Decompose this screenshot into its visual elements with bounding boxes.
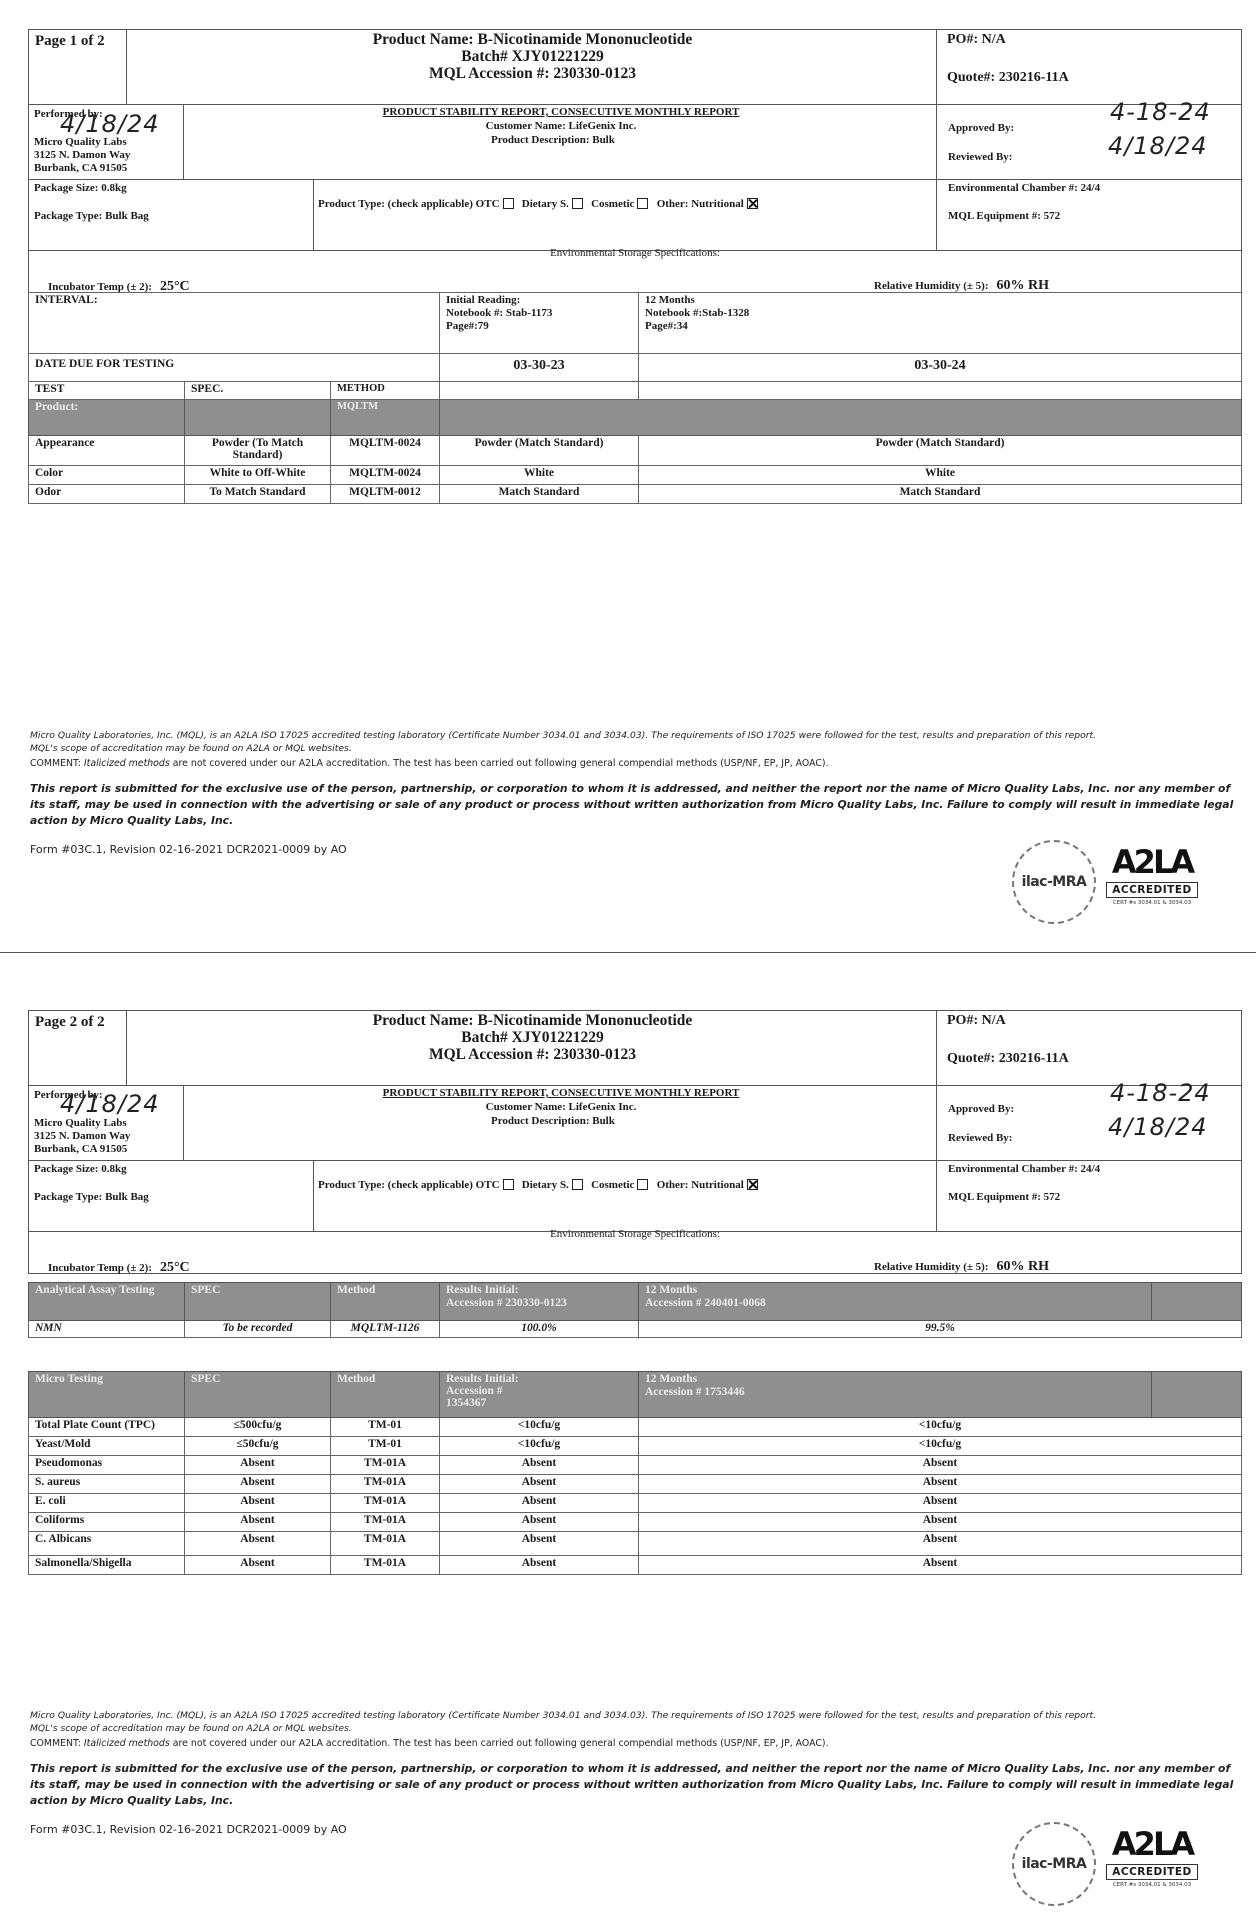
incubator-temp: Incubator Temp (± 2): 25°C xyxy=(48,1258,190,1276)
package-type: Package Type: Bulk Bag xyxy=(34,1191,149,1203)
a2la-accredited-logo: A2LA ACCREDITED CERT #s 3034.01 & 3034.0… xyxy=(1106,1824,1198,1910)
disclaimer: This report is submitted for the exclusi… xyxy=(30,781,1240,829)
package-size: Package Size: 0.8kg xyxy=(34,1163,127,1175)
product-name: Product Name: B-Nicotinamide Mononucleot… xyxy=(130,31,935,48)
product-method: MQLTM xyxy=(331,400,440,436)
po-number: PO#: N/A xyxy=(947,32,1006,48)
table-row: Yeast/Mold≤50cfu/gTM-01<10cfu/g<10cfu/g xyxy=(29,1437,1242,1456)
report-title: PRODUCT STABILITY REPORT, CONSECUTIVE MO… xyxy=(186,106,936,118)
package-size: Package Size: 0.8kg xyxy=(34,182,127,194)
table-row: E. coliAbsentTM-01AAbsentAbsent xyxy=(29,1494,1242,1513)
accession-number: MQL Accession #: 230330-0123 xyxy=(130,65,935,82)
product-label: Product: xyxy=(29,400,185,436)
lab-name: Micro Quality Labs xyxy=(34,1117,130,1130)
reviewed-by-label: Reviewed By: xyxy=(948,151,1012,163)
checkbox-otc[interactable]: OTC xyxy=(476,198,514,210)
product-header: Product Name: B-Nicotinamide Mononucleot… xyxy=(130,1012,935,1063)
micro-table: Micro Testing SPEC Method Results Initia… xyxy=(28,1371,1242,1575)
reviewed-by-label: Reviewed By: xyxy=(948,1132,1012,1144)
disclaimer: This report is submitted for the exclusi… xyxy=(30,1761,1240,1809)
approved-by-signature: 4-18-24 xyxy=(1110,1079,1211,1107)
product-type-field: Product Type: (check applicable) OTC Die… xyxy=(318,1179,758,1191)
equipment-number: MQL Equipment #: 572 xyxy=(948,210,1060,222)
page-label: Page 2 of 2 xyxy=(35,1014,105,1031)
checkbox-dietary[interactable]: Dietary S. xyxy=(522,198,583,210)
col-method: METHOD xyxy=(331,382,440,400)
comment: COMMENT: Italicized methods are not cove… xyxy=(30,1738,1240,1749)
header-row: TEST SPEC. METHOD xyxy=(29,382,1242,400)
report-page-2: Page 2 of 2 Product Name: B-Nicotinamide… xyxy=(0,980,1256,1932)
initial-reading: Initial Reading: Notebook #: Stab-1173 P… xyxy=(440,293,639,354)
micro-header-row: Micro Testing SPEC Method Results Initia… xyxy=(29,1372,1242,1418)
approved-by-signature: 4-18-24 xyxy=(1110,98,1211,126)
table-row: ColiformsAbsentTM-01AAbsentAbsent xyxy=(29,1513,1242,1532)
checkbox-otc[interactable]: OTC xyxy=(476,1179,514,1191)
checkbox-box-icon xyxy=(572,1179,583,1190)
checkbox-box-icon xyxy=(503,198,514,209)
assay-header-row: Analytical Assay Testing SPEC Method Res… xyxy=(29,1283,1242,1321)
env-storage-title: Environmental Storage Specifications: xyxy=(28,1228,1242,1240)
checkbox-checked-icon xyxy=(747,1179,758,1190)
checkbox-box-icon xyxy=(637,198,648,209)
customer-name: Customer Name: LifeGenix Inc. xyxy=(186,1101,936,1113)
table-row: Appearance Powder (To Match Standard) MQ… xyxy=(29,436,1242,466)
cert-number: CERT #s 3034.01 & 3034.03 xyxy=(1106,900,1198,906)
table-row: PseudomonasAbsentTM-01AAbsentAbsent xyxy=(29,1456,1242,1475)
lab-city: Burbank, CA 91505 xyxy=(34,1143,130,1156)
checkbox-box-icon xyxy=(503,1179,514,1190)
product-description: Product Description: Bulk xyxy=(491,1115,615,1127)
lab-street: 3125 N. Damon Way xyxy=(34,149,130,162)
quote-number: Quote#: 230216-11A xyxy=(947,1051,1069,1067)
table-row: NMN To be recorded MQLTM-1126 100.0% 99.… xyxy=(29,1321,1242,1338)
accreditation-line-1: Micro Quality Laboratories, Inc. (MQL), … xyxy=(30,730,1240,741)
report-title: PRODUCT STABILITY REPORT, CONSECUTIVE MO… xyxy=(186,1087,936,1099)
reviewed-by-signature: 4/18/24 xyxy=(1108,132,1208,160)
table-row: S. aureusAbsentTM-01AAbsentAbsent xyxy=(29,1475,1242,1494)
interval-row: INTERVAL: Initial Reading: Notebook #: S… xyxy=(29,293,1242,354)
product-row: Product: MQLTM xyxy=(29,400,1242,436)
a2la-mark: A2LA xyxy=(1106,842,1198,882)
page-divider xyxy=(0,952,1256,953)
lab-street: 3125 N. Damon Way xyxy=(34,1130,130,1143)
cert-number: CERT #s 3034.01 & 3034.03 xyxy=(1106,1882,1198,1888)
month12-reading: 12 Months Notebook #:Stab-1328 Page#:34 xyxy=(639,293,1242,354)
checkbox-nutritional[interactable]: Other: Nutritional xyxy=(657,198,758,210)
date-due-row: DATE DUE FOR TESTING 03-30-23 03-30-24 xyxy=(29,354,1242,382)
table-row: Color White to Off-White MQLTM-0024 Whit… xyxy=(29,466,1242,485)
micro-rows: Total Plate Count (TPC)≤500cfu/gTM-01<10… xyxy=(29,1418,1242,1575)
environmental-chamber: Environmental Chamber #: 24/4 xyxy=(948,182,1100,194)
checkbox-box-icon xyxy=(637,1179,648,1190)
checkbox-box-icon xyxy=(572,198,583,209)
accreditation-line-2: MQL's scope of accreditation may be foun… xyxy=(30,743,1240,754)
table-row: Total Plate Count (TPC)≤500cfu/gTM-01<10… xyxy=(29,1418,1242,1437)
package-type: Package Type: Bulk Bag xyxy=(34,210,149,222)
batch-number: Batch# XJY01221229 xyxy=(130,1029,935,1046)
checkbox-cosmetic[interactable]: Cosmetic xyxy=(591,1179,648,1191)
accredited-badge: ACCREDITED xyxy=(1106,1864,1198,1880)
checkbox-checked-icon xyxy=(747,198,758,209)
lab-address: Micro Quality Labs 3125 N. Damon Way Bur… xyxy=(34,136,130,175)
ilac-mra-logo: ilac-MRA xyxy=(1012,840,1096,924)
accreditation-line-1: Micro Quality Laboratories, Inc. (MQL), … xyxy=(30,1710,1240,1721)
table-row: C. AlbicansAbsentTM-01AAbsentAbsent xyxy=(29,1532,1242,1556)
lab-city: Burbank, CA 91505 xyxy=(34,162,130,175)
product-type-label: Product Type: (check applicable) xyxy=(318,198,473,210)
a2la-accredited-logo: A2LA ACCREDITED CERT #s 3034.01 & 3034.0… xyxy=(1106,842,1198,928)
performed-by-signature: 4/18/24 xyxy=(60,110,160,138)
accredited-badge: ACCREDITED xyxy=(1106,882,1198,898)
table-row: Odor To Match Standard MQLTM-0012 Match … xyxy=(29,485,1242,504)
footer: Micro Quality Laboratories, Inc. (MQL), … xyxy=(30,1710,1240,1836)
product-name: Product Name: B-Nicotinamide Mononucleot… xyxy=(130,1012,935,1029)
relative-humidity: Relative Humidity (± 5): 60% RH xyxy=(874,1257,1049,1275)
comment: COMMENT: Italicized methods are not cove… xyxy=(30,758,1240,769)
footer: Micro Quality Laboratories, Inc. (MQL), … xyxy=(30,730,1240,856)
product-type-field: Product Type: (check applicable) OTC Die… xyxy=(318,198,758,210)
equipment-number: MQL Equipment #: 572 xyxy=(948,1191,1060,1203)
environmental-chamber: Environmental Chamber #: 24/4 xyxy=(948,1163,1100,1175)
product-type-label: Product Type: (check applicable) xyxy=(318,1179,473,1191)
lab-name: Micro Quality Labs xyxy=(34,136,130,149)
report-page-1: Page 1 of 2 Product Name: B-Nicotinamide… xyxy=(0,0,1256,950)
ilac-mra-logo: ilac-MRA xyxy=(1012,1822,1096,1906)
quote-number: Quote#: 230216-11A xyxy=(947,70,1069,86)
batch-number: Batch# XJY01221229 xyxy=(130,48,935,65)
checkbox-nutritional[interactable]: Other: Nutritional xyxy=(657,1179,758,1191)
page-label: Page 1 of 2 xyxy=(35,33,105,50)
po-number: PO#: N/A xyxy=(947,1013,1006,1029)
col-test: TEST xyxy=(29,382,185,400)
product-description: Product Description: Bulk xyxy=(491,134,615,146)
performed-by-signature: 4/18/24 xyxy=(60,1090,160,1118)
assay-table: Analytical Assay Testing SPEC Method Res… xyxy=(28,1282,1242,1338)
date-due-label: DATE DUE FOR TESTING xyxy=(29,354,440,382)
stability-table: INTERVAL: Initial Reading: Notebook #: S… xyxy=(28,292,1242,504)
customer-name: Customer Name: LifeGenix Inc. xyxy=(186,120,936,132)
approved-by-label: Approved By: xyxy=(948,1103,1014,1115)
accession-number: MQL Accession #: 230330-0123 xyxy=(130,1046,935,1063)
env-storage-title: Environmental Storage Specifications: xyxy=(28,247,1242,259)
date-12-months: 03-30-24 xyxy=(639,354,1242,382)
product-header: Product Name: B-Nicotinamide Mononucleot… xyxy=(130,31,935,82)
accreditation-line-2: MQL's scope of accreditation may be foun… xyxy=(30,1723,1240,1734)
checkbox-cosmetic[interactable]: Cosmetic xyxy=(591,198,648,210)
checkbox-dietary[interactable]: Dietary S. xyxy=(522,1179,583,1191)
col-spec: SPEC. xyxy=(185,382,331,400)
lab-address: Micro Quality Labs 3125 N. Damon Way Bur… xyxy=(34,1117,130,1156)
approved-by-label: Approved By: xyxy=(948,122,1014,134)
date-initial: 03-30-23 xyxy=(440,354,639,382)
a2la-mark: A2LA xyxy=(1106,1824,1198,1864)
interval-label: INTERVAL: xyxy=(29,293,440,354)
reviewed-by-signature: 4/18/24 xyxy=(1108,1113,1208,1141)
table-row: Salmonella/ShigellaAbsentTM-01AAbsentAbs… xyxy=(29,1556,1242,1575)
